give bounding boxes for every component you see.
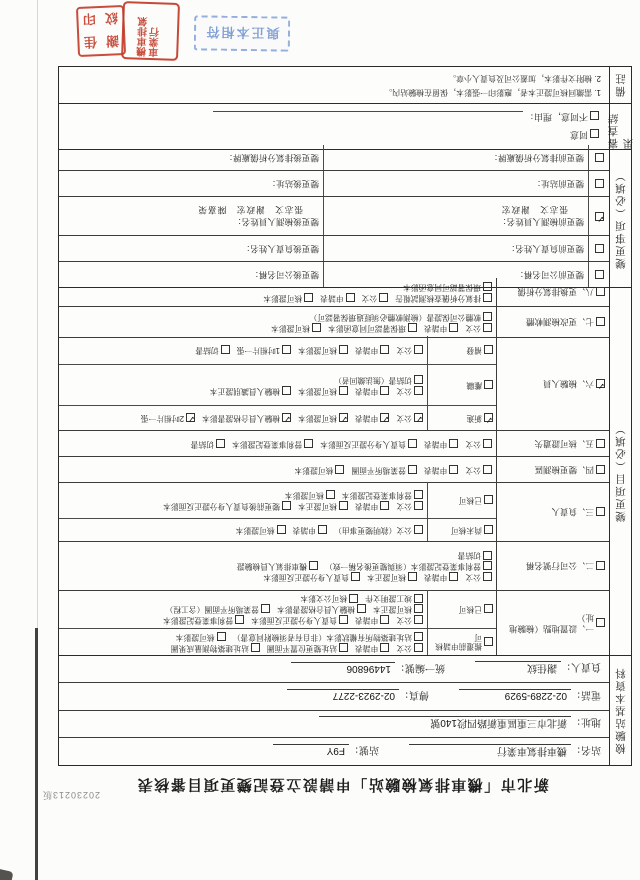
review-agree-label: 同意	[570, 129, 588, 142]
checklist-section: 三、負責人尚未核可公文（敘明變更事由）申請表核可證影本已核可公文申請表核可證正本…	[59, 482, 609, 541]
checkbox-icon	[449, 439, 458, 448]
checklist-subcategory: 新進	[427, 406, 496, 430]
checklist-item: 軟體公司保證書（檢測軟體必須經過環保署認可）	[309, 311, 492, 322]
scanned-form-page: 20230213版 新北市「機車排氣檢驗站」申請設立登記變更項目審核表 檢驗站基…	[0, 0, 640, 880]
checkbox-icon	[414, 594, 423, 603]
checklist-section-title: 六、檢驗人員	[496, 338, 609, 430]
checkbox-icon	[312, 323, 321, 332]
checklist-item: 站址變更位置平面圖	[267, 642, 348, 653]
checklist-item: 申請表	[424, 322, 458, 333]
copy-match-stamp-text: 與正本相符	[204, 23, 279, 43]
checkbox-icon	[346, 293, 355, 302]
form-table: 檢驗站基本資料站名：機車排氣車業行站號：F9Y地址：新北市三重區重新路四段140…	[58, 66, 632, 766]
checklist-item-label: 站址建築物測量成果圖	[171, 642, 249, 653]
checkbox-checked-icon	[282, 413, 291, 422]
change-before-value: 張志文 謝政宏	[328, 204, 584, 216]
basic-info-row: 負責人：謝佳紋統一編號：14496806	[59, 656, 609, 683]
checklist-item-label: 核可證影本	[294, 464, 333, 475]
checklist-line: 公文申請表核可證影本檢驗人員識別證正本	[61, 385, 423, 396]
checkbox-icon	[339, 386, 348, 395]
note-line: 1. 需繳回核可證正本者，應影印一張影本，保留在檢驗站內。	[67, 86, 601, 96]
checklist-line: 公文申請表營業場所平面圖核可證影本	[61, 464, 492, 475]
checkbox-icon	[596, 287, 605, 296]
checkbox-icon	[216, 439, 225, 448]
checkbox-icon	[596, 465, 605, 474]
change-detail-select	[588, 197, 609, 235]
basic-info-row: 地址：新北市三重區重新路四段140號	[59, 710, 609, 738]
checklist-item: 申請表	[355, 344, 389, 355]
checklist-subcategory-label: 尚未核可	[451, 525, 482, 534]
basic-field-label: 負責人：	[561, 661, 601, 676]
checkbox-icon	[596, 507, 605, 516]
checkbox-icon	[483, 312, 492, 321]
checklist-item: 申請表	[424, 571, 458, 582]
checkbox-icon	[304, 293, 313, 302]
checkbox-icon	[217, 632, 226, 641]
checkbox-icon	[380, 501, 389, 510]
checklist-section: 六、檢驗人員新進公文申請表核可證影本檢驗人員合格證書影本2吋相片一張離職公文申請…	[59, 337, 609, 430]
checklist-item-label: 公文（敘明變更事由）	[334, 524, 412, 535]
checklist-section: 七、更改檢測軟體公文申請表環保署認可同意函影本核可證影本軟體公司保證書（檢測軟體…	[59, 306, 609, 337]
checklist-item: 切結書（無法繳回者）	[334, 374, 423, 385]
change-before-cell: 變更前站址：	[323, 171, 588, 196]
basic-info-band: 檢驗站基本資料站名：機車排氣車業行站號：F9Y地址：新北市三重區重新路四段140…	[59, 655, 631, 765]
checklist-subcategory-label: 已核可	[459, 604, 482, 613]
basic-info-row: 電話：02-2289-5929傳真：02-2923-2277	[59, 682, 609, 710]
checkbox-icon	[484, 495, 493, 504]
change-before-label: 變更前公司名稱：	[328, 269, 584, 281]
checklist-line: 竣工證明文件核可公文影本	[61, 593, 423, 604]
checklist-item: 核可證正本	[298, 500, 348, 511]
checklist-section: 五、核可證遺失公文申請表負責人身分證正反面影本營利事業登記證影本切結書	[59, 430, 609, 456]
checklist-section-title: 二、公司行號名稱	[496, 542, 609, 590]
checklist-item-label: 營業場所平面圖（含工程）	[165, 603, 259, 614]
name-seal-char: 印	[83, 10, 97, 30]
checkbox-icon	[261, 604, 270, 613]
company-seal-text: 機車排氣	[139, 5, 151, 57]
checklist-item-label: 公文	[396, 614, 412, 625]
basic-field-label: 統一編號：	[395, 662, 445, 677]
change-detail-select	[588, 171, 609, 196]
checkbox-icon	[449, 572, 458, 581]
checklist-item: 變更前後負責人身分證正反面影本	[163, 500, 291, 511]
checklist-section-title: 七、更改檢測軟體	[496, 307, 609, 337]
checklist-line: 公文申請表環保署認可同意函影本核可證影本	[61, 322, 492, 333]
checklist-item-label: 公文	[396, 385, 412, 396]
checklist-item: 公文	[465, 322, 492, 333]
section-category: 審查結果	[609, 104, 631, 150]
checkbox-icon	[414, 632, 423, 641]
checkbox-icon	[483, 282, 492, 291]
checklist-item: 2吋相片一張	[141, 412, 195, 423]
checkbox-icon	[483, 551, 492, 560]
checklist-item: 公文	[465, 438, 492, 449]
checklist-item-label: 公文	[465, 571, 481, 582]
checkbox-icon	[351, 572, 360, 581]
checklist-item-label: 申請表	[293, 524, 316, 535]
checklist-item: 核可證影本	[298, 344, 348, 355]
checklist-item-label: 申請表	[355, 385, 378, 396]
checklist-item-label: 營利事業登記證影本	[163, 614, 233, 625]
checkbox-icon	[596, 270, 605, 279]
checkbox-icon	[282, 345, 291, 354]
checklist-item: 機車排氣人員檢驗證	[237, 560, 318, 571]
checkbox-icon	[221, 345, 230, 354]
checklist-item-label: 申請表	[355, 500, 378, 511]
checklist-item: 申請表	[320, 292, 354, 303]
checklist-section-title: 五、核可證遺失	[496, 431, 609, 456]
checklist-item-label: 環保署認可同意函影本	[328, 322, 406, 333]
checklist-section: 二、公司行號名稱公文申請表核可證正本負責人身分證正反面影本營利事業登記證影本（須…	[59, 541, 609, 590]
checklist-item: 公文	[396, 412, 423, 423]
checklist-item-label: 1吋相片一張	[237, 344, 280, 355]
checkbox-icon	[414, 345, 423, 354]
checkbox-icon	[449, 323, 458, 332]
change-detail-select	[588, 262, 609, 287]
basic-field-label: 地址：	[571, 716, 601, 731]
checklist-item: 負責人身分證正反面影本	[263, 571, 360, 582]
checklist-item-label: 切結書	[195, 344, 218, 355]
section-category: 變更事項（必填）	[609, 150, 631, 287]
checklist-item: 檢驗人員合格證書影本	[202, 412, 291, 423]
checklist-item: 申請表	[355, 642, 389, 653]
checklist-item: 站址建築物所有權狀影本（非自有者須檢附同意書）	[233, 631, 423, 642]
checklist-item-label: 負責人身分證正反面影本	[320, 438, 406, 449]
checklist-item: 竣工證明文件	[365, 593, 423, 604]
change-before-label: 變更前排氣分析儀廠牌：	[328, 152, 584, 164]
checklist-item-label: 2吋相片一張	[141, 412, 184, 423]
basic-field: 負責人：謝佳紋	[475, 661, 601, 677]
change-before-label: 變更前檢測人員姓名：	[328, 216, 584, 228]
change-after-label: 變更後排氣分析儀廠牌：	[63, 152, 319, 164]
checklist-item: 公文	[396, 614, 423, 625]
checkbox-icon	[380, 615, 389, 624]
checkbox-icon	[380, 643, 389, 652]
section-category: 備註	[609, 67, 631, 103]
checklist-subcategory-label: 離職	[466, 380, 482, 389]
basic-field: 地址：新北市三重區重新路四段140號	[319, 716, 601, 732]
checkbox-icon	[484, 637, 493, 646]
checklist-item-label: 公文	[465, 464, 481, 475]
basic-field-value: 新北市三重區重新路四段140號	[319, 716, 571, 732]
checklist-item: 排氣分析儀查核測試報告	[395, 292, 492, 303]
checklist-item: 核可證影本	[298, 412, 348, 423]
change-after-label: 變更後檢測人員姓名：	[63, 216, 319, 228]
checkbox-icon	[483, 465, 492, 474]
checkbox-icon	[483, 572, 492, 581]
checklist-line: 公文申請表站址變更位置平面圖站址建築物測量成果圖	[61, 642, 423, 653]
checklist-item-label: 申請表	[355, 344, 378, 355]
basic-field-label: 站名：	[571, 744, 601, 759]
checklist-subrow: 公文申請表核可證正本負責人身分證正反面影本營利事業登記證影本（須與變更後名稱一致…	[59, 542, 496, 590]
checkbox-icon	[596, 317, 605, 326]
checklist-subcategory: 已核可	[427, 590, 496, 628]
checklist-item: 申請表	[355, 614, 389, 625]
checklist-item-label: 公文	[465, 322, 481, 333]
checklist-item-label: 核可證影本	[271, 322, 310, 333]
checklist-item-label: 排氣分析儀查核測試報告	[395, 292, 481, 303]
change-after-cell: 變更後公司名稱：	[59, 262, 323, 287]
checklist-line: 公文申請表負責人身分證正反面影本營利事業登記證影本	[61, 614, 423, 625]
checklist-item: 1吋相片一張	[237, 344, 291, 355]
checkbox-icon	[277, 525, 286, 534]
name-seal-char: 佳	[84, 33, 98, 53]
checkbox-icon	[339, 345, 348, 354]
checklist-item-label: 核可證影本	[285, 489, 324, 500]
review-agree-row: 同意	[69, 129, 599, 142]
checklist-section: 一、設置地點（檢驗地址）搬遷前申請核可公文申請表站址變更位置平面圖站址建築物測量…	[59, 590, 609, 655]
checkbox-icon	[590, 129, 599, 138]
checkbox-checked-icon	[186, 413, 195, 422]
checklist-line: 公文申請表負責人身分證正反面影本營利事業登記證影本切結書	[61, 438, 492, 449]
section-category: 檢驗站基本資料	[609, 656, 631, 765]
checklist-item-label: 負責人身分證正反面影本	[251, 614, 337, 625]
checklist-item-label: 申請表	[424, 571, 447, 582]
change-items-band: 變更項目（必填）一、設置地點（檢驗地址）搬遷前申請核可公文申請表站址變更位置平面…	[59, 287, 631, 655]
name-seal: 謝佳紋印	[76, 5, 126, 57]
checkbox-icon	[349, 594, 358, 603]
change-before-cell: 變更前公司名稱：	[323, 262, 588, 287]
basic-field: 電話：02-2289-5929	[459, 689, 601, 704]
checkbox-icon	[282, 386, 291, 395]
checkbox-icon	[590, 111, 599, 120]
checkbox-icon	[483, 293, 492, 302]
checkbox-icon	[414, 604, 423, 613]
checkbox-icon	[596, 561, 605, 570]
checkbox-icon	[408, 572, 417, 581]
checkbox-icon	[408, 439, 417, 448]
checkbox-icon	[339, 615, 348, 624]
checklist-subrow: 公文申請表負責人身分證正反面影本營利事業登記證影本切結書	[59, 431, 496, 456]
checkbox-icon	[408, 323, 417, 332]
basic-field: 傳真：02-2923-2277	[287, 689, 429, 704]
change-before-label: 變更前站址：	[328, 178, 584, 190]
change-detail-row: 變更前站址：變更後站址：	[59, 170, 609, 196]
checklist-line: 營利事業登記證影本核可證影本	[61, 489, 423, 500]
checklist-item: 公文（敘明變更事由）	[334, 524, 423, 535]
checklist-subrow: 公文申請表環保署認可同意函影本核可證影本軟體公司保證書（檢測軟體必須經過環保署認…	[59, 307, 496, 337]
change-after-label: 變更後站址：	[63, 178, 319, 190]
checklist-item-label: 軟體公司保證書（檢測軟體必須經過環保署認可）	[309, 311, 481, 322]
checklist-subrow: 新進公文申請表核可證影本檢驗人員合格證書影本2吋相片一張	[59, 405, 496, 430]
change-detail-row: 變更前公司名稱：變更後公司名稱：	[59, 261, 609, 287]
change-before-label: 變更前負責人姓名：	[328, 243, 584, 255]
checklist-item-label: 竣工證明文件	[365, 593, 412, 604]
basic-field-value: F9Y	[273, 744, 349, 756]
checkbox-icon	[414, 375, 423, 384]
checklist-item-label: 變更前後負責人身分證正反面影本	[163, 500, 280, 511]
checklist-subcategory: 已核可	[427, 482, 496, 518]
checklist-item: 申請表	[355, 412, 389, 423]
checklist-subrow: 搬遷前申請核可公文申請表站址變更位置平面圖站址建築物測量成果圖站址建築物所有權狀…	[59, 628, 496, 655]
checklist-item: 申請表	[424, 464, 458, 475]
checkbox-icon	[484, 604, 493, 613]
checklist-line: 公文申請表核可證正本變更前後負責人身分證正反面影本	[61, 500, 423, 511]
checklist-item-label: 機車排氣人員檢驗證	[237, 560, 307, 571]
checklist-item-label: 營利事業登記證影本	[342, 489, 412, 500]
checklist-item-label: 切結書（無法繳回者）	[334, 374, 412, 385]
checklist-line: 排氣分析儀查核測試報告公文申請表核可證影本	[61, 292, 492, 303]
checklist-item-label: 檢驗人員識別證正本	[210, 385, 280, 396]
checklist-item: 公文	[465, 464, 492, 475]
checkbox-checked-icon	[596, 379, 605, 388]
basic-field: 站號：F9Y	[273, 744, 379, 759]
checkbox-icon	[326, 490, 335, 499]
checklist-item: 核可證正本	[373, 603, 423, 614]
change-before-cell: 變更前檢測人員姓名：張志文 謝政宏	[323, 197, 588, 235]
checklist-item: 申請表	[424, 438, 458, 449]
checklist-section-title: 一、設置地點（檢驗地址）	[496, 591, 609, 655]
checklist-item: 核可證影本	[298, 385, 348, 396]
checklist-item: 核可證影本	[176, 631, 226, 642]
checklist-section-title-text: 八、更換排氣分析儀	[517, 287, 594, 298]
change-after-cell: 變更後負責人姓名：	[59, 236, 323, 261]
section-category-label: 備註	[613, 72, 628, 97]
checklist-item-label: 申請表	[424, 438, 447, 449]
checklist-item-label: 申請表	[355, 642, 378, 653]
checklist-item-label: 公文	[396, 412, 412, 423]
checklist-section-title-text: 五、核可證遺失	[534, 438, 594, 449]
checklist-section-title-text: 四、變更檢測區	[534, 464, 594, 475]
name-seal-char: 紋	[105, 9, 119, 29]
checklist-item: 切結書	[195, 344, 229, 355]
checkbox-icon	[379, 293, 388, 302]
copy-match-stamp: 與正本相符	[194, 15, 290, 51]
checklist-item: 核可公文影本	[300, 593, 358, 604]
scan-corner-smudge	[0, 868, 13, 880]
checkbox-icon	[596, 153, 605, 162]
checklist-item-label: 公文	[396, 500, 412, 511]
checklist-item-label: 核可證正本	[373, 603, 412, 614]
change-after-cell: 變更後檢測人員姓名：張志文 謝政宏 陳嘉榮	[59, 197, 323, 235]
checkbox-icon	[414, 386, 423, 395]
checklist-item-label: 申請表	[424, 464, 447, 475]
checkbox-icon	[414, 525, 423, 534]
checklist-line: 切結書	[61, 550, 492, 561]
checkbox-icon	[414, 501, 423, 510]
checklist-item: 檢驗人員合格證書影本	[277, 603, 366, 614]
checklist-item-label: 公文	[362, 292, 378, 303]
checkbox-icon	[414, 490, 423, 499]
checklist-item: 核可證影本	[236, 524, 286, 535]
checklist-item-label: 營利事業登記證影本（須與變更後名稱一致）	[325, 560, 481, 571]
checklist-item: 公文	[396, 642, 423, 653]
checklist-line: 公文申請表核可證影本檢驗人員合格證書影本2吋相片一張	[61, 412, 423, 423]
section-category: 變更項目（必填）	[609, 288, 631, 655]
checklist-item: 核可證影本	[271, 322, 321, 333]
checkbox-icon	[339, 643, 348, 652]
company-seal-text: 車業行	[151, 5, 163, 57]
checklist-subcategory: 尚未核可	[427, 519, 496, 541]
checklist-item: 負責人身分證正反面影本	[251, 614, 348, 625]
checkbox-icon	[596, 439, 605, 448]
rotated-document: 20230213版 新北市「機車排氣檢驗站」申請設立登記變更項目審核表 檢驗站基…	[0, 0, 640, 880]
company-seal: 機車排氣車業行	[121, 1, 180, 61]
checkbox-icon	[596, 618, 605, 627]
checklist-item-label: 核可證影本	[236, 524, 275, 535]
checklist-item: 負責人身分證正反面影本	[320, 438, 417, 449]
checklist-line: 站址建築物所有權狀影本（非自有者須檢附同意書）核可證影本	[61, 631, 423, 642]
checkbox-icon	[484, 380, 493, 389]
checklist-subcategory-label: 新進	[466, 413, 482, 422]
checkbox-icon	[380, 386, 389, 395]
checklist-item: 營業場所平面圖	[351, 464, 417, 475]
review-band: 審查結果同意不同意，理由：	[59, 103, 631, 150]
checklist-line: 切結書（無法繳回者）	[61, 374, 423, 385]
checkbox-checked-icon	[414, 413, 423, 422]
checklist-item-label: 申請表	[424, 322, 447, 333]
checklist-item-label: 核可公文影本	[300, 593, 347, 604]
basic-field: 統一編號：14496806	[291, 662, 445, 677]
change-after-cell: 變更後站址：	[59, 171, 323, 196]
checklist-item: 公文	[465, 571, 492, 582]
checklist-section-title-text: 二、公司行號名稱	[526, 561, 594, 572]
checklist-item-label: 營業場所平面圖	[351, 464, 406, 475]
basic-field-value: 02-2923-2277	[287, 689, 399, 701]
name-seal-char: 謝	[106, 32, 120, 52]
basic-field-label: 站號：	[349, 744, 379, 759]
checklist-item-label: 負責人身分證正反面影本	[263, 571, 349, 582]
checklist-item-label: 站址建築物所有權狀影本（非自有者須檢附同意書）	[233, 631, 412, 642]
checklist-item-label: 申請表	[355, 614, 378, 625]
basic-info-row: 站名：機車排氣車業行站號：F9Y	[59, 737, 609, 765]
section-category-label: 變更事項（必填）	[613, 169, 628, 269]
change-after-value: 張志文 謝政宏 陳嘉榮	[63, 204, 319, 216]
checklist-section-title-text: 三、負責人	[551, 507, 594, 518]
checklist-section-title-text: 六、檢驗人員	[543, 379, 594, 390]
checklist-item-label: 核可證影本	[298, 344, 337, 355]
checklist-item: 營利事業登記證影本	[232, 438, 313, 449]
checklist-item: 核可證正本	[367, 571, 417, 582]
checklist-item: 營業場所平面圖（含工程）	[165, 603, 270, 614]
checklist-item: 環保署認可同意函影本	[328, 322, 417, 333]
change-after-label: 變更後公司名稱：	[63, 269, 319, 281]
checklist-item: 公文	[396, 500, 423, 511]
basic-field-value: 02-2289-5929	[459, 689, 571, 701]
checkbox-icon	[484, 345, 493, 354]
checklist-subrow: 已核可公文申請表核可證正本變更前後負責人身分證正反面影本營利事業登記證影本核可證…	[59, 482, 496, 518]
checklist-line: 公文申請表核可證影本1吋相片一張切結書	[61, 344, 423, 355]
checklist-subcategory-label: 補發	[466, 345, 482, 354]
checkbox-icon	[235, 615, 244, 624]
checklist-subrow: 補發公文申請表核可證影本1吋相片一張切結書	[59, 336, 496, 364]
checklist-item: 申請表	[355, 385, 389, 396]
checkbox-checked-icon	[484, 413, 493, 422]
checklist-item-label: 核可證正本	[367, 571, 406, 582]
checklist-item: 營利事業登記證影本	[163, 614, 244, 625]
checklist-line: 公文（敘明變更事由）申請表核可證影本	[61, 524, 423, 535]
checkbox-icon	[251, 643, 260, 652]
checkbox-icon	[596, 244, 605, 253]
scan-edge-shadow	[35, 628, 38, 880]
checkbox-icon	[596, 179, 605, 188]
checklist-section-title: 四、變更檢測區	[496, 457, 609, 482]
checklist-item: 切結書	[191, 438, 225, 449]
change-before-cell: 變更前負責人姓名：	[323, 236, 588, 261]
checklist-item-label: 核可證影本	[263, 292, 302, 303]
change-after-label: 變更後負責人姓名：	[63, 243, 319, 255]
change-details-band: 變更事項（必填）變更前公司名稱：變更後公司名稱：變更前負責人姓名：變更後負責人姓…	[59, 149, 631, 287]
checklist-item-label: 切結書	[191, 438, 214, 449]
checklist-subcategory: 搬遷前申請核可	[427, 629, 496, 655]
checkbox-icon	[484, 525, 493, 534]
checkbox-icon	[483, 439, 492, 448]
checkbox-icon	[357, 604, 366, 613]
checklist-item: 營利事業登記證影本（須與變更後名稱一致）	[325, 560, 492, 571]
checklist-line: 公文申請表核可證正本負責人身分證正反面影本	[61, 571, 492, 582]
notes-band: 備註1. 需繳回核可證正本者，應影印一張影本，保留在檢驗站內。2. 檢附文件影本…	[59, 67, 631, 103]
checklist-item: 公文	[362, 292, 389, 303]
